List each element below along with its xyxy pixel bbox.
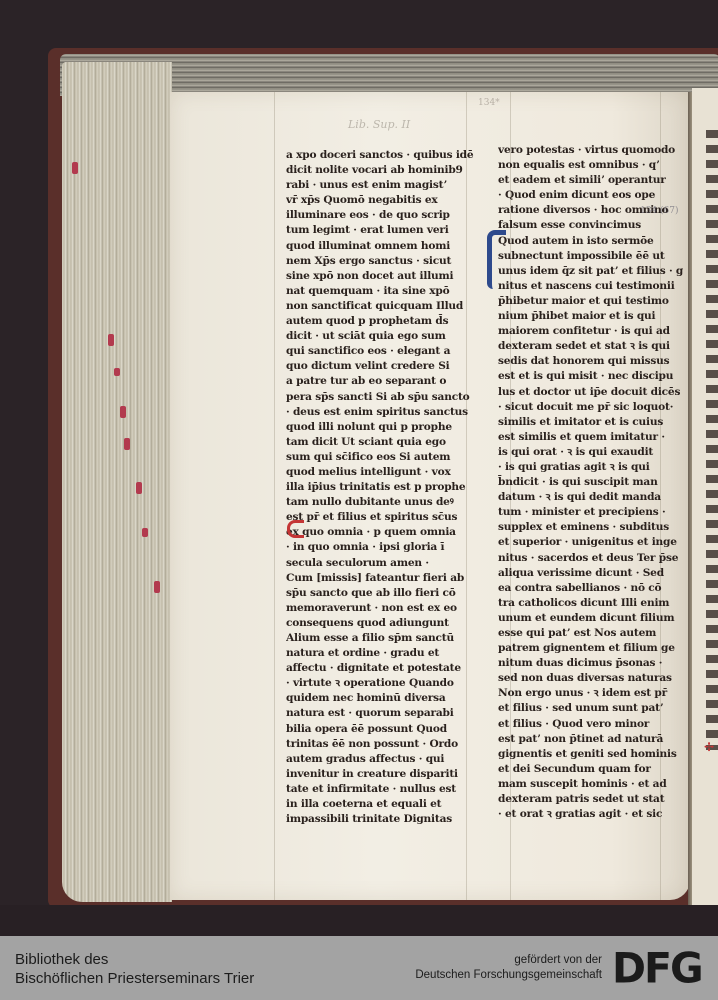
text-line: impassibili trinitate Dignitas	[286, 812, 474, 827]
text-line: Quod autem in isto sermōe	[498, 234, 683, 249]
red-initial-c	[287, 520, 304, 538]
text-line: nem Xp̄s ergo sanctus · sicut	[286, 254, 474, 269]
text-line: nat quemquam · ita sine xpō	[286, 284, 474, 299]
text-line: quo dictum velint credere Si	[286, 359, 474, 374]
text-line: qui sanctifico eos · elegant a	[286, 344, 474, 359]
red-tab-marker	[154, 581, 160, 593]
text-line: memoraverunt · non est ex eo	[286, 601, 474, 616]
facing-page-red-mark: ✢	[704, 740, 714, 754]
text-column-left: a xpo doceri sanctos · quibus idēdicit n…	[286, 148, 474, 827]
manuscript-scan: Lib. Sup. II 134* a xpo doceri sanctos ·…	[0, 0, 718, 936]
red-tab-marker	[72, 162, 78, 174]
text-line: est et is qui misit · nec discipu	[498, 369, 683, 384]
text-line: datum · ꝛ is qui dedit manda	[498, 490, 683, 505]
text-line: · Quod enim dicunt eos ope	[498, 188, 683, 203]
facing-page-text	[706, 130, 718, 750]
text-line: tum · minister et precipiens ·	[498, 505, 683, 520]
text-line: est similis et quem imitatur ·	[498, 430, 683, 445]
text-line: autem gradus affectus · qui	[286, 752, 474, 767]
text-line: sedis dat honorem qui missus	[498, 354, 683, 369]
text-line: maiorem confitetur · is qui ad	[498, 324, 683, 339]
text-line: autem quod p prophetam d̄s	[286, 314, 474, 329]
funding-line-1: gefördert von der	[415, 953, 602, 968]
text-line: a xpo doceri sanctos · quibus idē	[286, 148, 474, 163]
text-line: aliqua verissime dicunt · Sed	[498, 566, 683, 581]
text-line: · virtute ꝛ operatione Quando	[286, 676, 474, 691]
text-line: et superior · unigenitus et inge	[498, 535, 683, 550]
text-line: est patʼ non p̄tinet ad naturā	[498, 732, 683, 747]
running-head: Lib. Sup. II	[348, 118, 410, 131]
text-column-right: vero potestas · virtus quomodonon equali…	[498, 143, 683, 822]
text-line: · et orat ꝛ gratias agit · et sic	[498, 807, 683, 822]
text-line: sed non duas diversas naturas	[498, 671, 683, 686]
text-line: tum legimt · erat lumen veri	[286, 223, 474, 238]
dfg-logo: DFG	[612, 949, 710, 988]
text-line: supplex et eminens · subditus	[498, 520, 683, 535]
institution-line-2: Bischöflichen Priesterseminars Trier	[15, 969, 254, 988]
text-line: dicit · ut sciāt quia ego sum	[286, 329, 474, 344]
text-line: a patre tur ab eo separant o	[286, 374, 474, 389]
text-line: dicit nolite vocari ab hominib9	[286, 163, 474, 178]
text-line: quidem nec hominū diversa	[286, 691, 474, 706]
text-line: sum qui sc̄ifico eos Si autem	[286, 450, 474, 465]
text-line: · sicut docuit me pr̄ sic loquot·	[498, 400, 683, 415]
text-line: patrem gignentem et filium ge	[498, 641, 683, 656]
institution-line-1: Bibliothek des	[15, 950, 254, 969]
text-line: non equalis est omnibus · qʼ	[498, 158, 683, 173]
text-line: invenitur in creature dispariti	[286, 767, 474, 782]
text-line: nitus · sacerdos et deus Ter p̄se	[498, 551, 683, 566]
text-line: natura et ordine · gradu et	[286, 646, 474, 661]
text-line: mam suscepit hominis · et ad	[498, 777, 683, 792]
text-line: trinitas ēē non possunt · Ordo	[286, 737, 474, 752]
text-line: is qui orat · ꝛ is qui exaudit	[498, 445, 683, 460]
text-line: nitus et nascens cui testimonii	[498, 279, 683, 294]
text-line: in illa coeterna et equali et	[286, 797, 474, 812]
red-tab-marker	[142, 528, 148, 537]
marginal-note: 134 (67)	[640, 206, 679, 216]
page-edges-left	[62, 62, 172, 902]
institution-name: Bibliothek des Bischöflichen Priestersem…	[15, 950, 254, 988]
text-line: esse qui patʼ est Nos autem	[498, 626, 683, 641]
text-line: tam dicit Ut sciant quia ego	[286, 435, 474, 450]
folio-number: 134*	[478, 98, 500, 108]
text-line: quod melius intelligunt · vox	[286, 465, 474, 480]
text-line: illa ip̄ius trinitatis est p prophe	[286, 480, 474, 495]
text-line: dexteram sedet et stat ꝛ is qui	[498, 339, 683, 354]
text-line: quod illi nolunt qui p prophe	[286, 420, 474, 435]
text-line: dexteram patris sedet ut stat	[498, 792, 683, 807]
text-line: bilia opera ēē possunt Quod	[286, 722, 474, 737]
text-line: ea contra sabellianos · nō cō	[498, 581, 683, 596]
background-floor	[0, 905, 718, 936]
text-line: est pr̄ et filius et spiritus sc̄us	[286, 510, 474, 525]
text-line: et filius · Quod vero minor	[498, 717, 683, 732]
text-line: rabi · unus est enim magistʼ	[286, 178, 474, 193]
text-line: Cum [missis] fateantur fieri ab	[286, 571, 474, 586]
text-line: et eadem et similiʼ operantur	[498, 173, 683, 188]
text-line: natura est · quorum separabi	[286, 706, 474, 721]
text-line: · deus est enim spiritus sanctus	[286, 405, 474, 420]
text-line: affectu · dignitate et potestate	[286, 661, 474, 676]
ruling-line	[274, 92, 275, 900]
text-line: Non ergo unus · ꝛ idem est pr̄	[498, 686, 683, 701]
text-line: pera sp̄s sancti Si ab sp̄u sancto	[286, 390, 474, 405]
text-line: non sanctificat quicquam Illud	[286, 299, 474, 314]
red-tab-marker	[108, 334, 114, 346]
text-line: · in quo omnia · ipsi gloria ī	[286, 540, 474, 555]
text-line: sine xpō non docet aut illumi	[286, 269, 474, 284]
red-tab-marker	[136, 482, 142, 494]
text-line: quod illuminat omnem homi	[286, 239, 474, 254]
text-line: subnectunt impossibile ēē ut	[498, 249, 683, 264]
red-tab-marker	[120, 406, 126, 418]
text-line: p̄hibetur maior et qui testimo	[498, 294, 683, 309]
text-line: b̄ndicit · is qui suscipit man	[498, 475, 683, 490]
text-line: tra catholicos dicunt Illi enim	[498, 596, 683, 611]
blue-initial-q	[487, 230, 506, 289]
text-line: lus et doctor ut ip̄e docuit dicēs	[498, 385, 683, 400]
text-line: Alium esse a filio sp̄m sanctū	[286, 631, 474, 646]
text-line: · is qui gratias agit ꝛ is qui	[498, 460, 683, 475]
footer-bar: Bibliothek des Bischöflichen Priestersem…	[0, 936, 718, 1000]
red-tab-marker	[114, 368, 120, 376]
text-line: falsum esse convincimus	[498, 218, 683, 233]
text-line: unus idem q̄z sit patʼ et filius · ge	[498, 264, 683, 279]
text-line: vr̄ xp̄s Quomō negabitis ex	[286, 193, 474, 208]
red-tab-marker	[124, 438, 130, 450]
text-line: tate et infirmitate · nullus est	[286, 782, 474, 797]
text-line: et dei Secundum quam for	[498, 762, 683, 777]
funding-note: gefördert von der Deutschen Forschungsge…	[415, 953, 602, 983]
funding-line-2: Deutschen Forschungsgemeinschaft	[415, 968, 602, 983]
text-line: consequens quod adiungunt	[286, 616, 474, 631]
text-line: secula seculorum amen ·	[286, 556, 474, 571]
text-line: ex quo omnia · p quem omnia	[286, 525, 474, 540]
text-line: et filius · sed unum sunt patʼ	[498, 701, 683, 716]
text-line: tam nullo dubitante unus deꝰ	[286, 495, 474, 510]
text-line: sp̄u sancto que ab illo fieri cō	[286, 586, 474, 601]
text-line: nium p̄hibet maior et is qui	[498, 309, 683, 324]
text-line: illuminare eos · de quo scrip	[286, 208, 474, 223]
text-line: similis et imitator et is cuius	[498, 415, 683, 430]
text-line: vero potestas · virtus quomodo	[498, 143, 683, 158]
text-line: gignentis et geniti sed hominis	[498, 747, 683, 762]
text-line: unum et eundem dicunt filium	[498, 611, 683, 626]
text-line: nitum duas dicimus p̄sonas ·	[498, 656, 683, 671]
